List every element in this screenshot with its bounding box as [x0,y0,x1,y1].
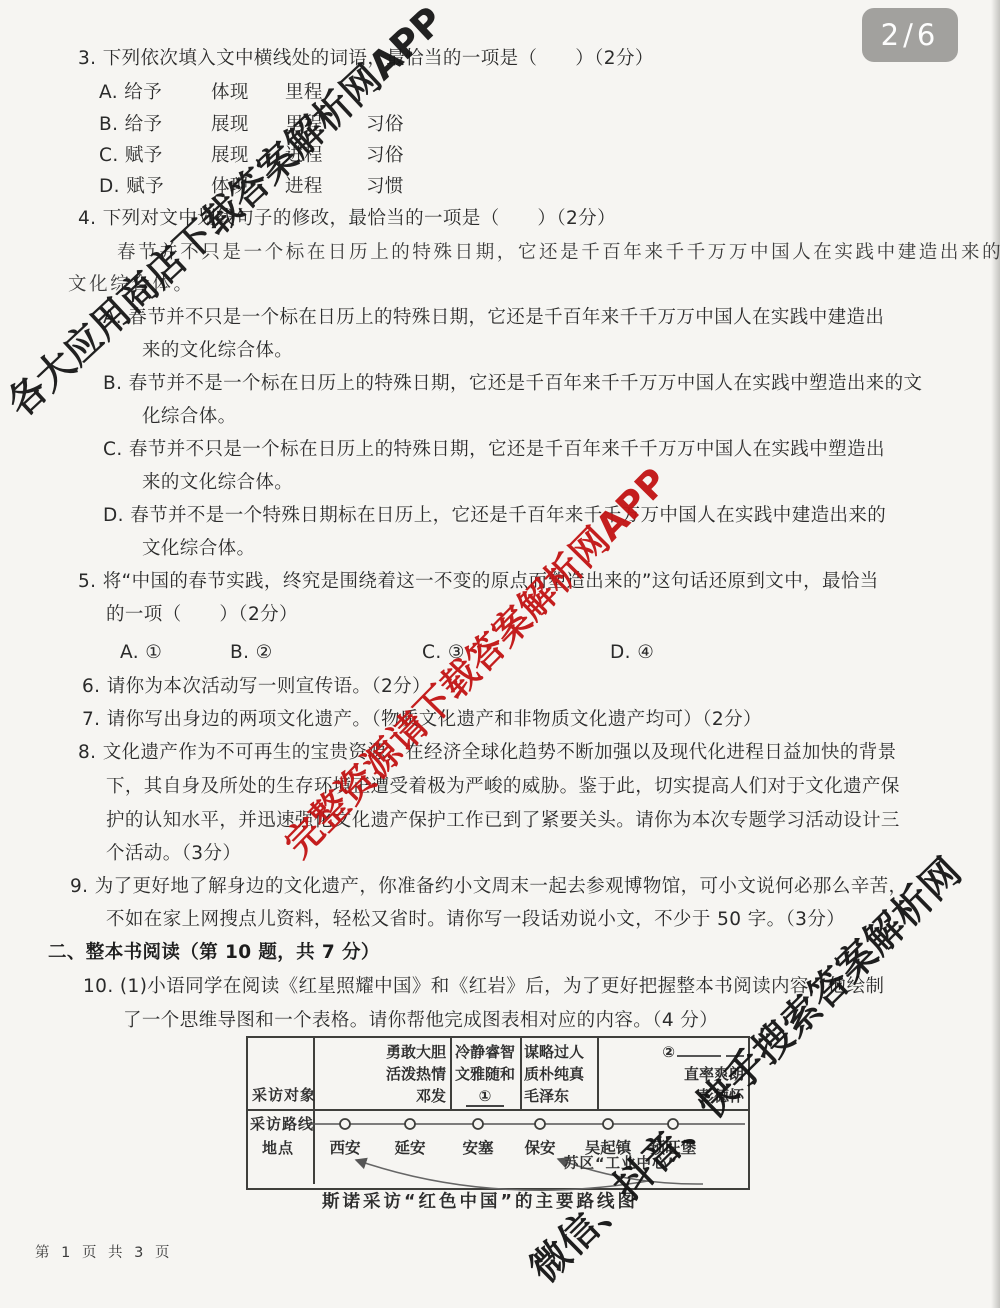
doc-line: D. 春节并不是一个特殊日期标在日历上，它还是千百年来千千万万中国人在实践中建造… [0,503,1000,530]
table-cell-text: 冷静睿智 [455,1043,515,1061]
doc-line: B. 给予展现里程习俗 [0,112,1000,139]
doc-text: A. 给予 [99,80,162,106]
table-cell-line: 勇敢大胆 [315,1041,446,1063]
station-dot [473,1119,483,1129]
doc-line: D. 赋予体现进程习惯 [0,174,1000,201]
doc-line: 化综合体。 [0,404,1000,431]
doc-text: 习俗 [366,112,404,138]
doc-text: 护的认知水平，并迅速强化文化遗产保护工作已到了紧要关头。请你为本次专题学习活动设… [106,808,900,834]
table-cell-line: 冷静睿智 [452,1041,518,1063]
doc-line: 下，其自身及所处的生存环境正遭受着极为严峻的威胁。鉴于此，切实提高人们对于文化遗… [0,774,1000,801]
doc-line: 来的文化综合体。 [0,338,1000,365]
doc-text: 习俗 [366,143,404,169]
doc-line: 6. 请你为本次活动写一则宣传语。（2分） [0,674,1000,701]
doc-text: 展现 [211,112,249,138]
doc-text: B. ② [230,640,273,666]
table-col-divider [520,1038,522,1111]
table-cell-line: 毛泽东 [524,1085,595,1107]
doc-line: 4. 下列对文中划线句子的修改，最恰当的一项是（ ）（2分） [0,206,1000,233]
doc-line: 了一个思维导图和一个表格。请你帮他完成图表相对应的内容。（4 分） [0,1008,1000,1035]
doc-text: C. 赋予 [99,143,163,169]
doc-text: 习惯 [366,174,404,200]
doc-text: 二、整本书阅读（第 10 题，共 7 分） [48,940,380,966]
doc-text: 10. (1)小语同学在阅读《红星照耀中国》和《红岩》后，为了更好把握整本书阅读… [83,974,884,1000]
table-cell-line: 谋略过人 [524,1041,595,1063]
blank-underline [677,1042,721,1057]
doc-line: C. 春节并不只是一个标在日历上的特殊日期，它还是千百年来千千万万中国人在实践中… [0,437,1000,464]
doc-line: 3. 下列依次填入文中横线处的词语，最恰当的一项是（ ）（2分） [0,46,1000,73]
table-cell-text: ② [662,1043,675,1061]
doc-text: 4. 下列对文中划线句子的修改，最恰当的一项是（ ）（2分） [78,206,616,232]
doc-line: 5. 将“中国的春节实践，终究是围绕着这一不变的原点而塑造出来的”这句话还原到文… [0,569,1000,596]
table-cell-text: 文雅随和 [455,1065,515,1083]
station-label: 吴起镇 [585,1138,633,1157]
doc-line: C. 赋予展现进程习俗 [0,143,1000,170]
doc-line: 护的认知水平，并迅速强化文化遗产保护工作已到了紧要关头。请你为本次专题学习活动设… [0,808,1000,835]
doc-text: C. 春节并不只是一个标在日历上的特殊日期，它还是千百年来千千万万中国人在实践中… [103,437,885,463]
doc-text: 个活动。（3分） [106,841,241,867]
doc-text: A. ① [120,640,162,666]
doc-text: 体现 [211,80,249,106]
doc-line: 7. 请你写出身边的两项文化遗产。（物质文化遗产和非物质文化遗产均可）（2分） [0,707,1000,734]
doc-line: 文化综合体。 [0,536,1000,563]
station-label: 安塞 [462,1138,494,1157]
doc-text: 5. 将“中国的春节实践，终究是围绕着这一不变的原点而塑造出来的”这句话还原到文… [78,569,879,595]
doc-text: 文化综合体。 [142,536,255,562]
scanned-exam-page: 2/6 3. 下列依次填入文中横线处的词语，最恰当的一项是（ ）（2分）A. 给… [0,0,1000,1308]
table-cell-text: 勇敢大胆 [386,1043,446,1061]
table-cell: 谋略过人质朴纯真毛泽东 [524,1041,595,1109]
table-cell-line: ① [452,1085,518,1107]
doc-text: 6. 请你为本次活动写一则宣传语。（2分） [82,674,431,700]
doc-line: 8. 文化遗产作为不可再生的宝贵资源，在经济全球化趋势不断加强以及现代化进程日益… [0,740,1000,767]
doc-text: B. 给予 [99,112,162,138]
doc-text: 来的文化综合体。 [142,338,293,364]
station-label: 延安 [394,1138,426,1157]
doc-text: 的一项（ ）（2分） [106,602,298,628]
doc-line: 9. 为了更好地了解身边的文化遗产，你准备约小文周末一起去参观博物馆，可小文说何… [0,874,1000,901]
station-dot [603,1119,613,1129]
table-cell-text: 活泼热情 [386,1065,446,1083]
page-footer: 第 1 页 共 3 页 [35,1241,173,1262]
station-dot [405,1119,415,1129]
table-cell: 冷静睿智文雅随和① [452,1041,518,1109]
doc-line: B. 春节并不是一个标在日历上的特殊日期，它还是千百年来千千万万中国人在实践中塑… [0,371,1000,398]
doc-text: 春节并不只是一个标在日历上的特殊日期，它还是千百年来千千万万中国人在实践中建造出… [117,240,1000,266]
doc-text: 8. 文化遗产作为不可再生的宝贵资源，在经济全球化趋势不断加强以及现代化进程日益… [78,740,897,766]
doc-line: A. 给予体现里程 [0,80,1000,107]
doc-line: 个活动。（3分） [0,841,1000,868]
table-cell: 勇敢大胆活泼热情邓发 [315,1041,452,1109]
doc-text: 化综合体。 [142,404,237,430]
doc-text: D. 赋予 [99,174,164,200]
table-cell-line: 质朴纯真 [524,1063,595,1085]
doc-text: 下，其自身及所处的生存环境正遭受着极为严峻的威胁。鉴于此，切实提高人们对于文化遗… [106,774,900,800]
doc-text: 了一个思维导图和一个表格。请你帮他完成图表相对应的内容。（4 分） [123,1008,718,1034]
doc-text: 不如在家上网搜点儿资料，轻松又省时。请你写一段话劝说小文，不少于 50 字。（3… [106,907,845,933]
station-label: 保安 [524,1138,556,1157]
station-dot [340,1119,350,1129]
doc-text: D. 春节并不是一个特殊日期标在日历上，它还是千百年来千千万万中国人在实践中建造… [103,503,886,529]
doc-line: 来的文化综合体。 [0,470,1000,497]
table-cell-text: 质朴纯真 [524,1065,584,1083]
table-row1-header: 采访对象 [252,1084,316,1105]
station-dot [535,1119,545,1129]
doc-text: D. ④ [610,640,654,666]
doc-text: A. 春节并不只是一个标在日历上的特殊日期，它还是千百年来千千万万中国人在实践中… [103,305,884,331]
table-cell-text: 邓发 [416,1087,446,1105]
doc-text: 来的文化综合体。 [142,470,293,496]
table-cell-text: 毛泽东 [524,1087,569,1105]
station-label: 西安 [329,1138,361,1157]
table-cell-text: 谋略过人 [524,1043,584,1061]
table-cell-line: 活泼热情 [315,1063,446,1085]
table-cell-line: 文雅随和 [452,1063,518,1085]
doc-line: 不如在家上网搜点儿资料，轻松又省时。请你写一段话劝说小文，不少于 50 字。（3… [0,907,1000,934]
doc-text: 9. 为了更好地了解身边的文化遗产，你准备约小文周末一起去参观博物馆，可小文说何… [70,874,907,900]
doc-text: B. 春节并不是一个标在日历上的特殊日期，它还是千百年来千千万万中国人在实践中塑… [103,371,922,397]
table-cell-line: 邓发 [315,1085,446,1107]
table-cell-text: ① [466,1087,505,1107]
